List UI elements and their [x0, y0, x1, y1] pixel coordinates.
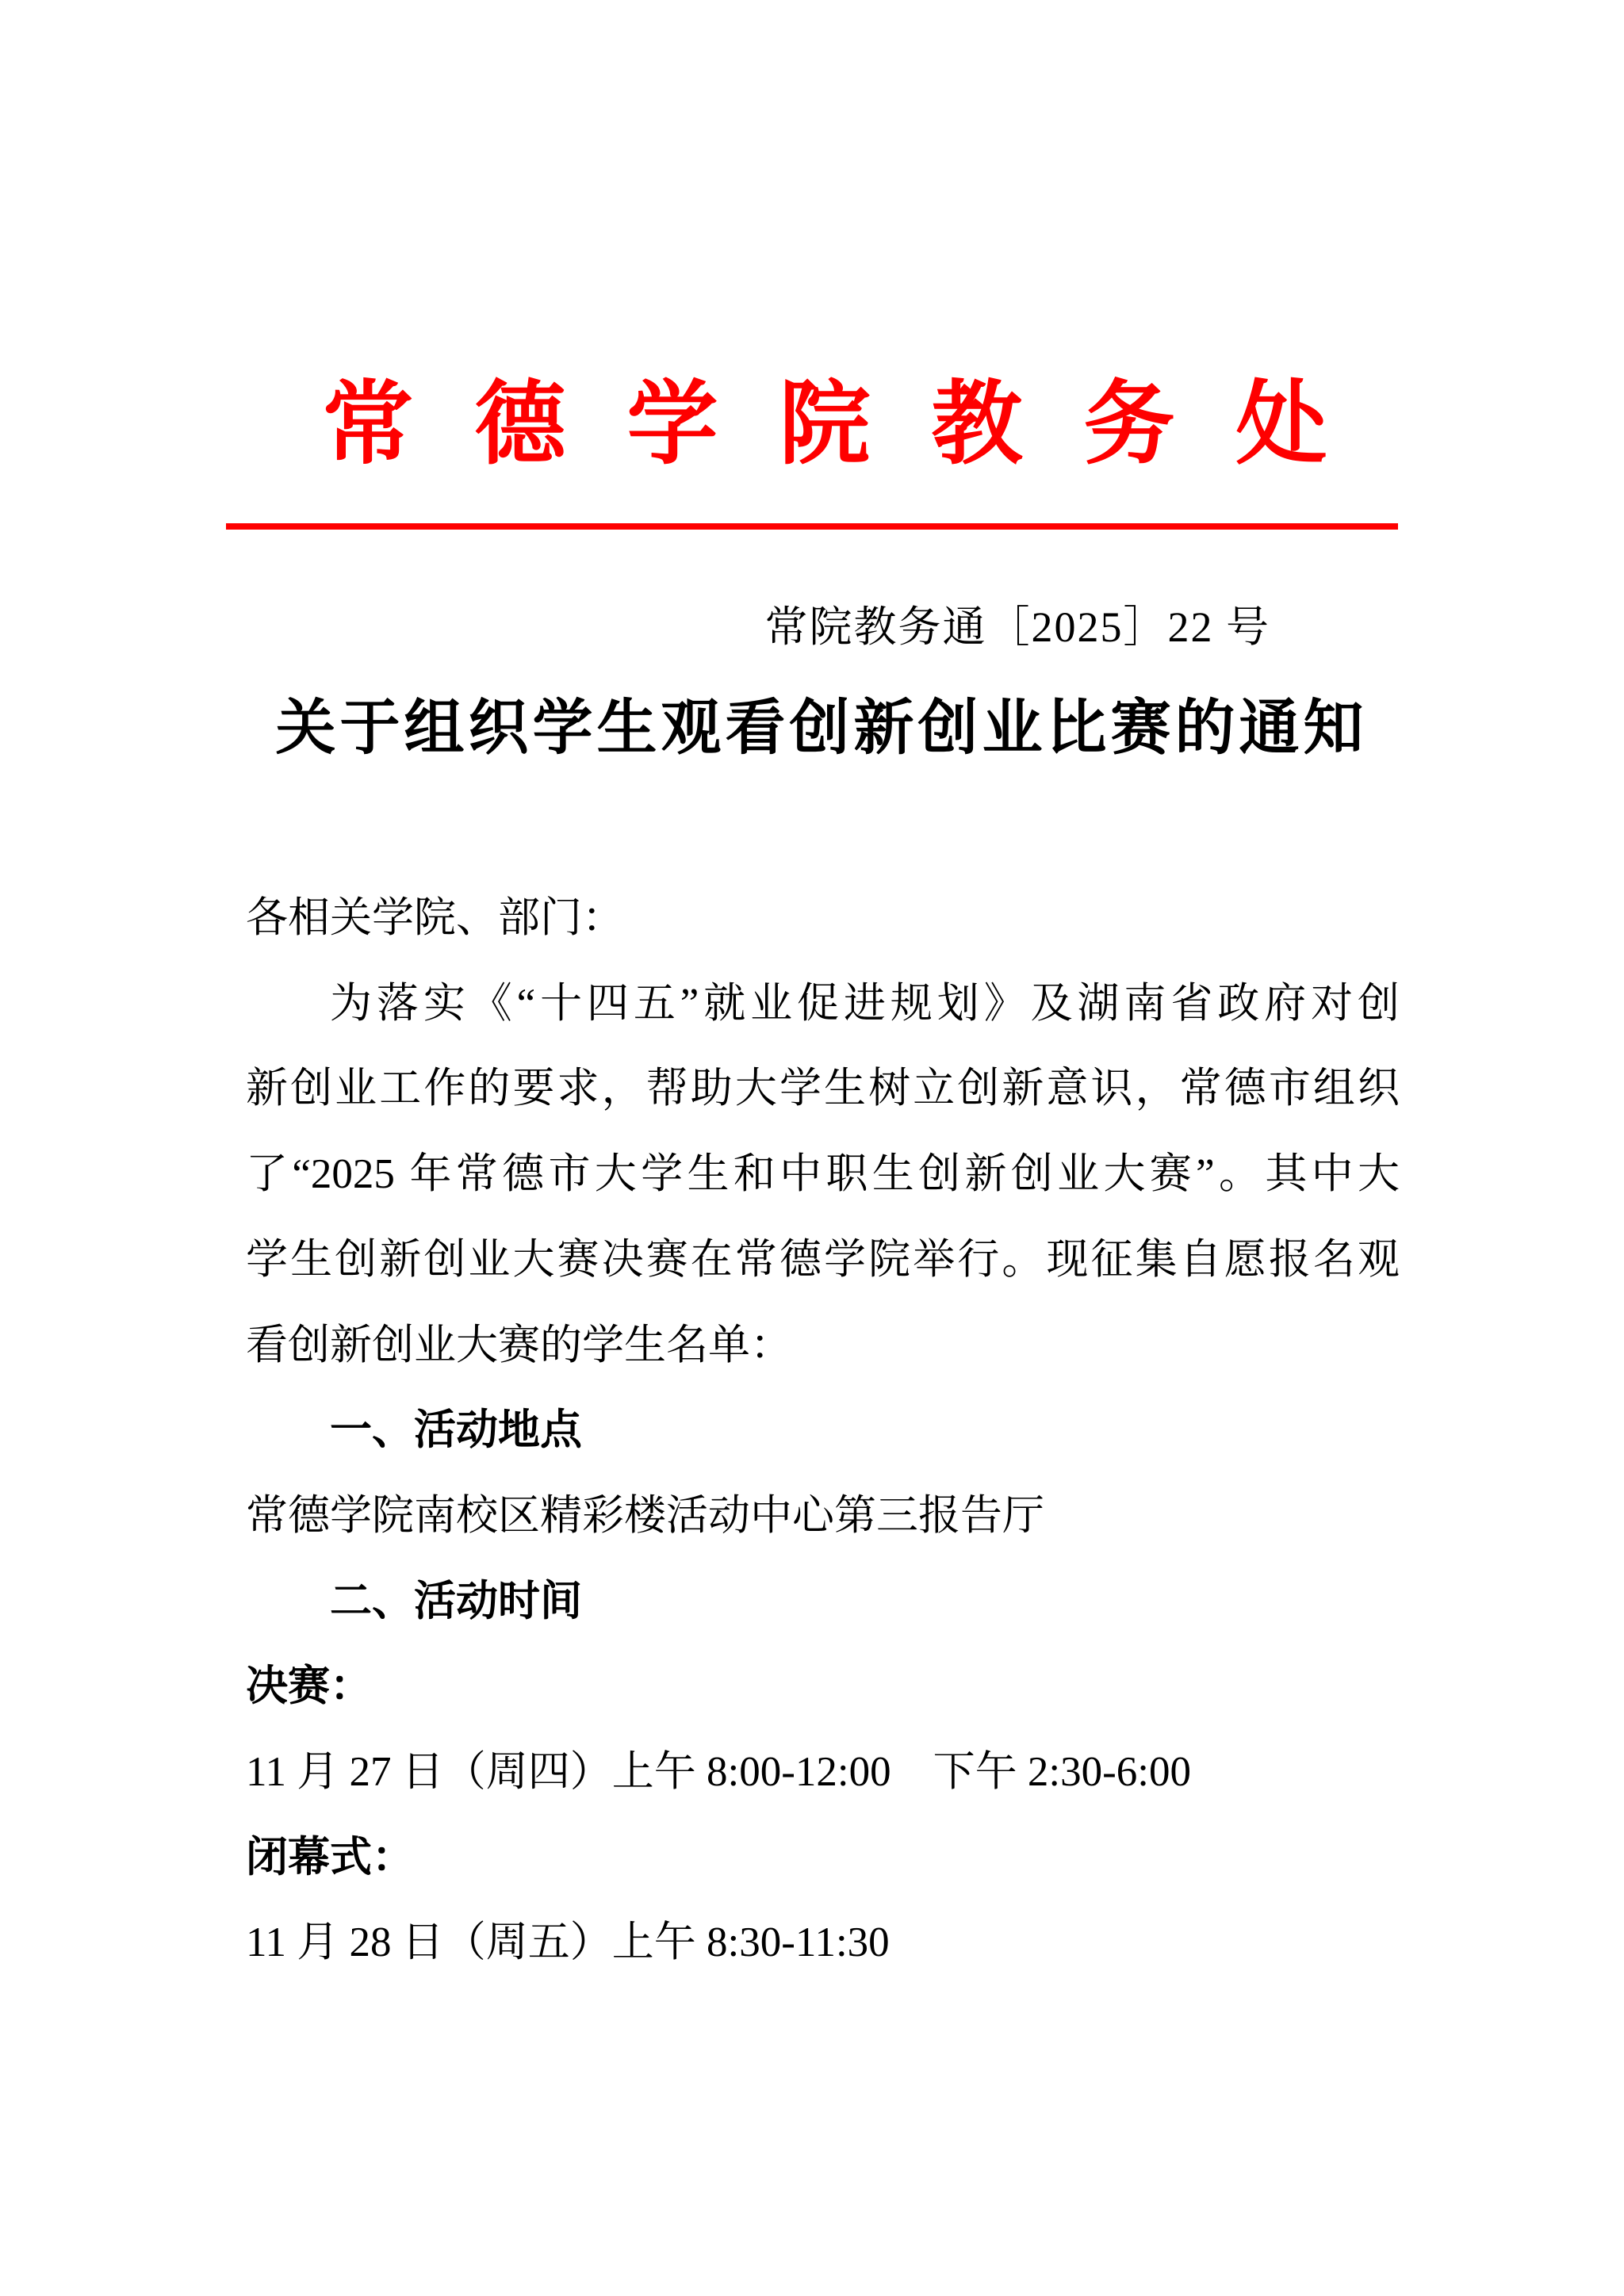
closing-ceremony-schedule: 11 月 28 日（周五）上午 8:30-11:30 — [246, 1900, 1400, 1986]
letterhead-org-title: 常德学院教务处 — [0, 379, 1624, 470]
notice-title: 关于组织学生观看创新创业比赛的通知 — [0, 696, 1624, 761]
paragraph-line: 看创新创业大赛的学生名单： — [246, 1303, 1400, 1389]
paragraph-line: 为落实《“十四五”就业促进规划》及湖南省政府对创 — [246, 962, 1400, 1047]
final-round-label: 决赛： — [246, 1644, 1400, 1730]
venue-line: 常德学院南校区精彩楼活动中心第三报告厅 — [246, 1474, 1400, 1559]
paragraph-line: 学生创新创业大赛决赛在常德学院举行。现征集自愿报名观 — [246, 1218, 1400, 1303]
document-page: 常德学院教务处 常院教务通［2025］22 号 关于组织学生观看创新创业比赛的通… — [0, 0, 1624, 2296]
document-reference-number: 常院教务通［2025］22 号 — [765, 603, 1271, 652]
salutation-line: 各相关学院、部门： — [246, 876, 1400, 962]
letterhead-divider-rule — [226, 523, 1398, 530]
section-heading-venue: 一、活动地点 — [246, 1388, 1400, 1474]
closing-ceremony-label: 闭幕式： — [246, 1816, 1400, 1901]
notice-body: 各相关学院、部门： 为落实《“十四五”就业促进规划》及湖南省政府对创 新创业工作… — [246, 876, 1400, 1986]
final-round-schedule: 11 月 27 日（周四）上午 8:00-12:00 下午 2:30-6:00 — [246, 1730, 1400, 1816]
paragraph-line: 新创业工作的要求，帮助大学生树立创新意识，常德市组织 — [246, 1047, 1400, 1132]
paragraph-line: 了“2025 年常德市大学生和中职生创新创业大赛”。其中大 — [246, 1132, 1400, 1218]
section-heading-time: 二、活动时间 — [246, 1559, 1400, 1645]
